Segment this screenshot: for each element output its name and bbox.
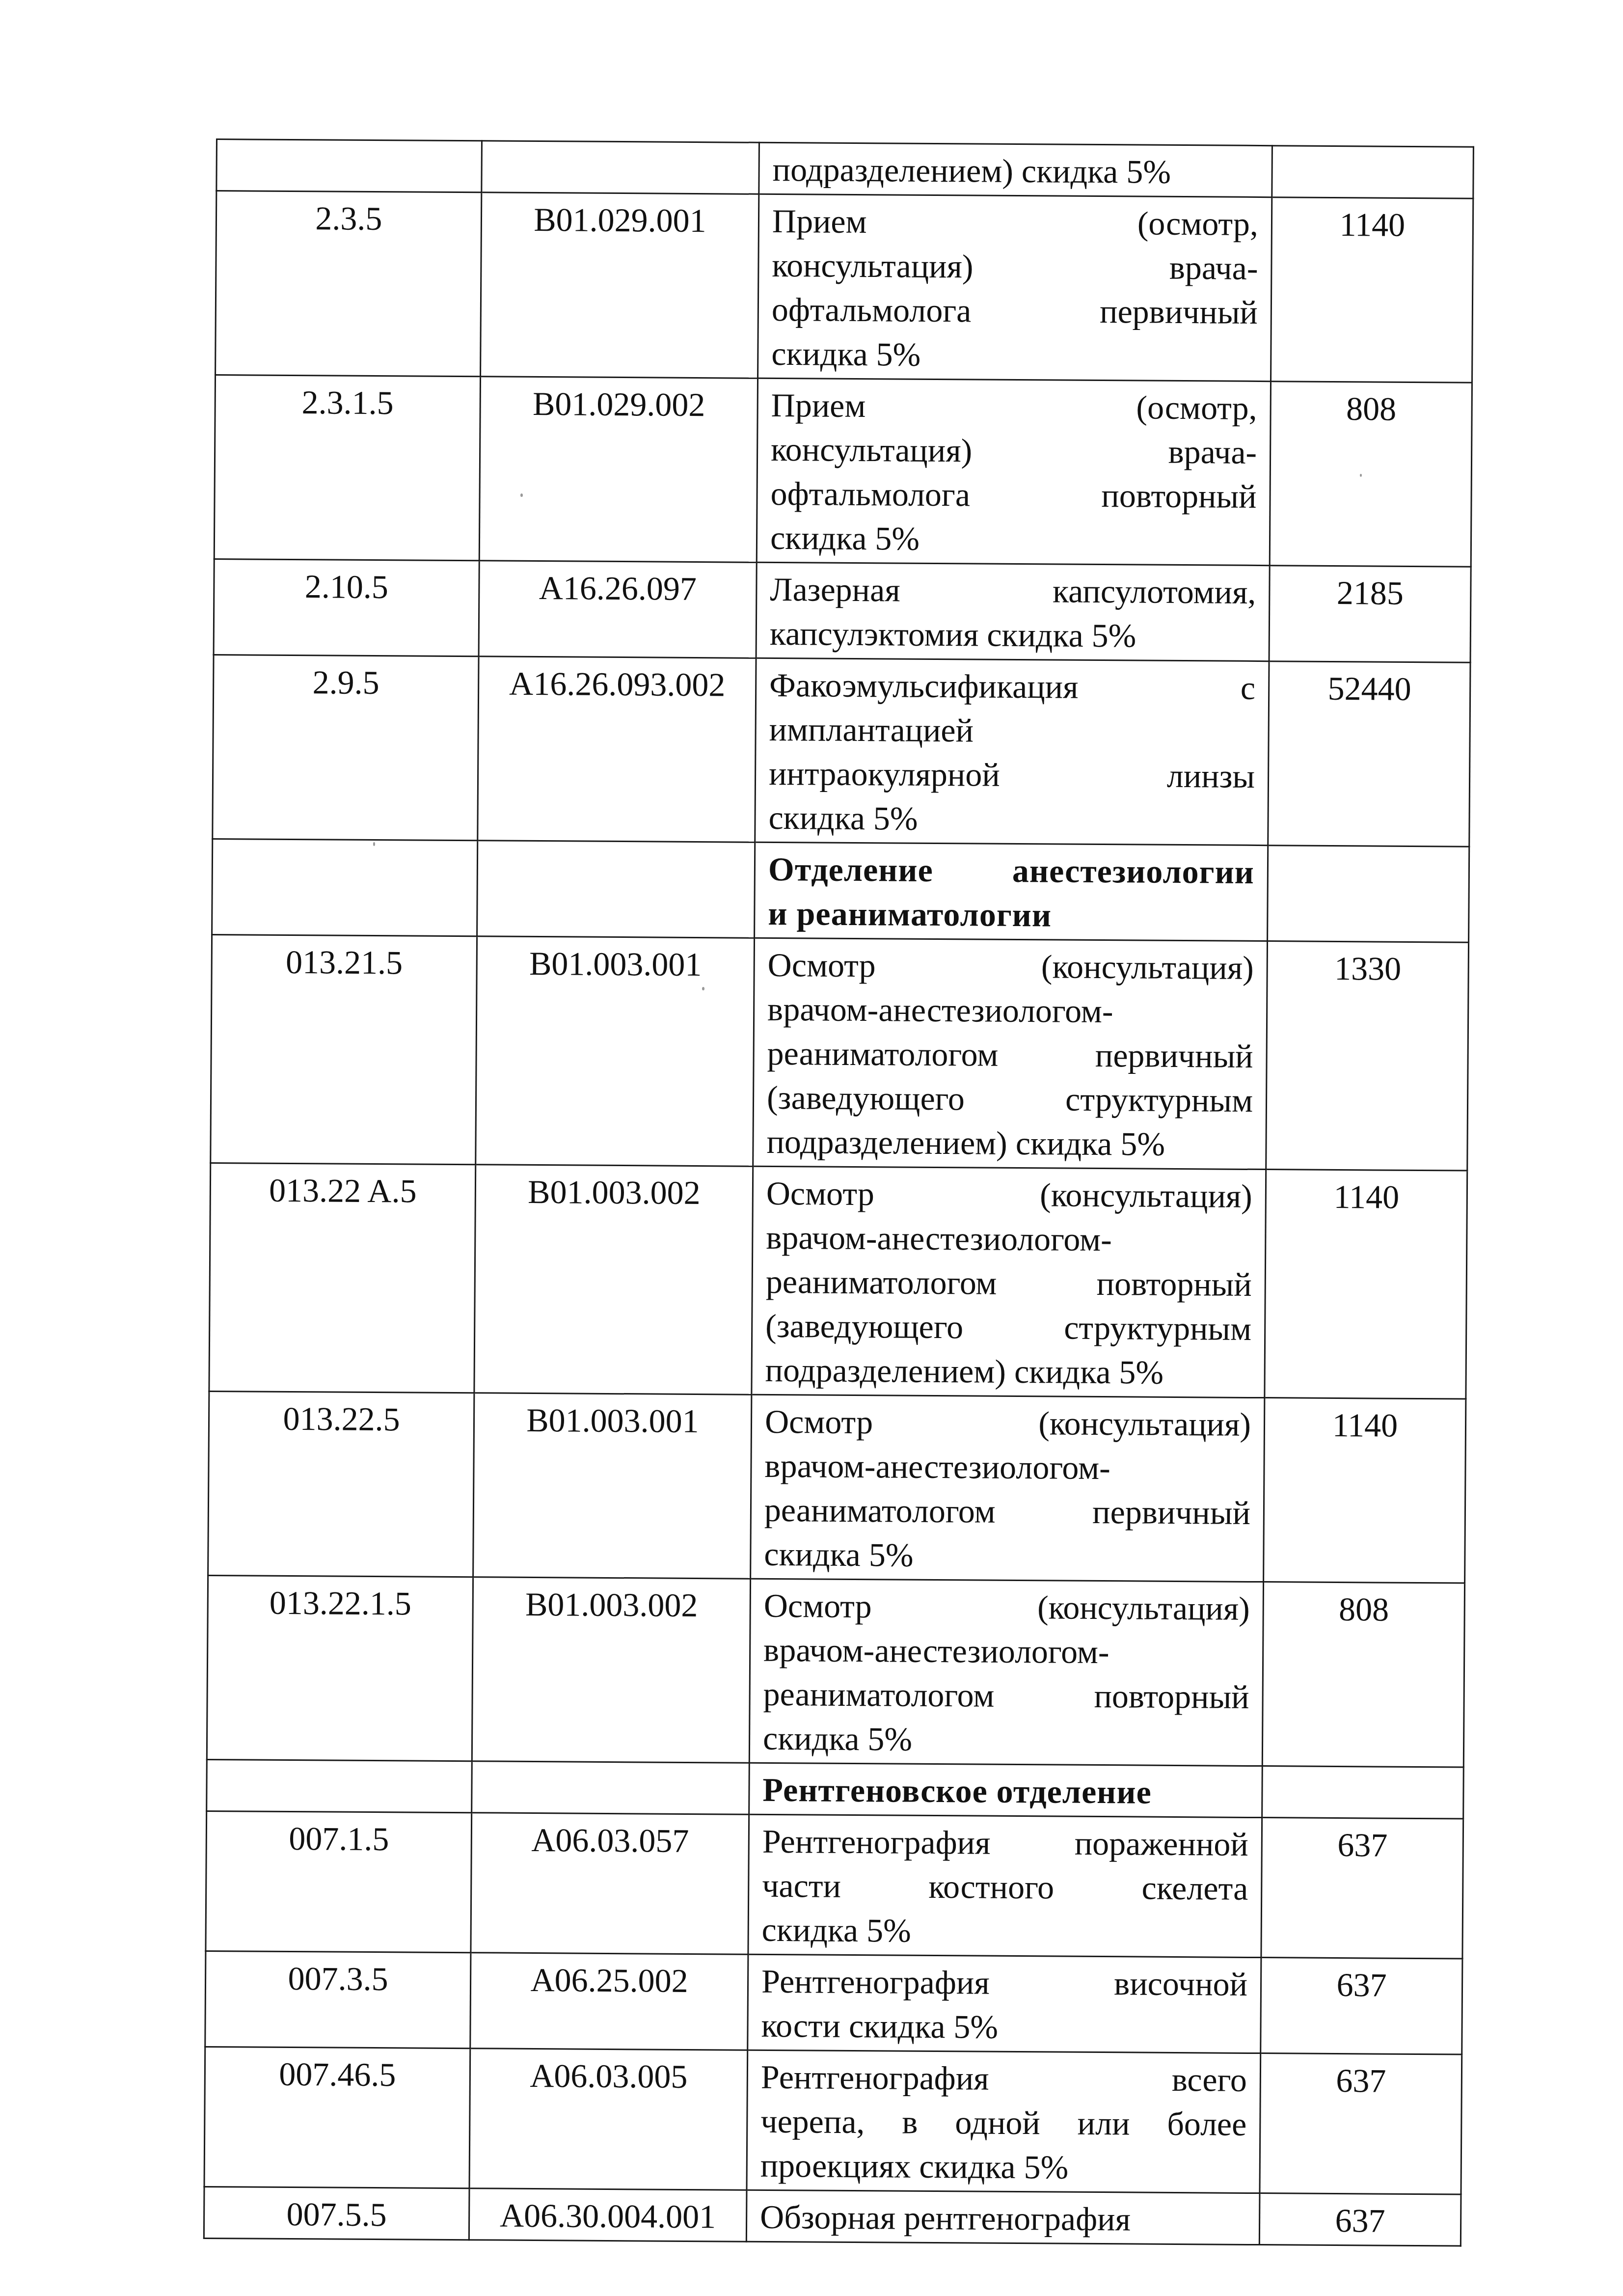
text-line: врачом-анестезиологом- bbox=[763, 1628, 1250, 1675]
section-title: Отделение анестезиологиии реаниматологии bbox=[755, 842, 1268, 941]
text-line: части костного скелета bbox=[762, 1863, 1248, 1911]
text-line: проекциях скидка 5% bbox=[760, 2143, 1247, 2190]
text-line: Рентгенография всего bbox=[761, 2055, 1247, 2102]
service-code-cell: B01.003.002 bbox=[472, 1577, 750, 1763]
service-code-cell: A06.03.057 bbox=[471, 1813, 749, 1954]
price-cell: 637 bbox=[1261, 1958, 1462, 2055]
service-code-cell: B01.029.002 bbox=[479, 377, 757, 562]
text-line: интраокулярной линзы bbox=[769, 751, 1255, 798]
table-row: 013.22.1.5B01.003.002Осмотр (консультаци… bbox=[207, 1575, 1464, 1767]
scan-speck bbox=[520, 493, 523, 497]
text-line: Рентгенография пораженной bbox=[762, 1819, 1249, 1866]
text-line: реаниматологом первичный bbox=[764, 1488, 1251, 1535]
text-line: черепа, в одной или более bbox=[760, 2099, 1247, 2146]
price-cell: 52440 bbox=[1268, 661, 1470, 847]
service-name-cell: Осмотр (консультация)врачом-анестезиолог… bbox=[752, 1166, 1266, 1397]
service-name-cell: Прием (осмотр,консультация) врача-офталь… bbox=[758, 194, 1272, 381]
service-code-cell: A16.26.097 bbox=[479, 561, 757, 658]
price-cell bbox=[1262, 1766, 1464, 1819]
table-row: 2.3.1.5B01.029.002Прием (осмотр,консульт… bbox=[214, 375, 1472, 567]
table-row: 013.22.5B01.003.001Осмотр (консультация)… bbox=[208, 1391, 1466, 1583]
code-cell: 007.1.5 bbox=[206, 1811, 472, 1952]
text-line: Прием (осмотр, bbox=[771, 383, 1257, 430]
service-name-cell: Осмотр (консультация)врачом-анестезиолог… bbox=[753, 938, 1268, 1169]
code-cell: 2.3.5 bbox=[216, 191, 482, 377]
service-name-cell: Рентгенография височнойкости скидка 5% bbox=[748, 1954, 1261, 2053]
price-cell bbox=[1268, 846, 1469, 943]
service-code-cell: B01.003.001 bbox=[476, 936, 755, 1166]
service-name-cell: Рентгенография пораженнойчасти костного … bbox=[748, 1814, 1262, 1957]
price-cell: 2185 bbox=[1269, 566, 1471, 663]
price-cell: 1330 bbox=[1266, 941, 1469, 1171]
code-cell: 007.46.5 bbox=[204, 2047, 470, 2188]
code-cell: 2.10.5 bbox=[214, 559, 479, 656]
text-line: Рентгенография височной bbox=[761, 1959, 1248, 2006]
price-cell: 637 bbox=[1259, 2193, 1461, 2246]
code-cell: 007.3.5 bbox=[205, 1951, 471, 2048]
code-cell: 013.21.5 bbox=[211, 934, 477, 1164]
price-table: подразделением) скидка 5%2.3.5B01.029.00… bbox=[203, 138, 1474, 2247]
service-name-cell: Осмотр (консультация)врачом-анестезиолог… bbox=[751, 1394, 1265, 1582]
service-name-cell: Осмотр (консультация)врачом-анестезиолог… bbox=[749, 1579, 1263, 1766]
table-row: 007.3.5A06.25.002Рентгенография височной… bbox=[205, 1951, 1462, 2054]
table-row: 2.10.5A16.26.097Лазерная капсулотомия,ка… bbox=[214, 559, 1471, 662]
text-line: Осмотр (консультация) bbox=[765, 1399, 1251, 1447]
text-line: Рентгеновское отделение bbox=[762, 1768, 1249, 1815]
text-line: скидка 5% bbox=[768, 795, 1255, 843]
text-line: консультация) врача- bbox=[771, 427, 1257, 474]
text-line: скидка 5% bbox=[763, 1716, 1249, 1763]
scan-speck bbox=[373, 842, 375, 846]
code-cell: 2.9.5 bbox=[213, 655, 479, 840]
service-name-cell: Прием (осмотр,консультация) врача-офталь… bbox=[757, 378, 1271, 565]
table-row: 2.3.5B01.029.001Прием (осмотр,консультац… bbox=[216, 191, 1473, 383]
service-name-cell: Обзорная рентгенография bbox=[746, 2190, 1260, 2244]
table-row: 013.22 A.5B01.003.002Осмотр (консультаци… bbox=[209, 1163, 1467, 1399]
text-line: и реаниматологии bbox=[768, 891, 1254, 938]
text-line: Прием (осмотр, bbox=[772, 199, 1259, 246]
service-code-cell: A16.26.093.002 bbox=[478, 656, 756, 842]
text-line: скидка 5% bbox=[764, 1532, 1250, 1579]
service-code-cell: B01.003.001 bbox=[473, 1393, 752, 1579]
text-line: подразделением) скидка 5% bbox=[772, 147, 1259, 194]
service-code-cell: B01.003.002 bbox=[474, 1165, 753, 1394]
price-cell: 1140 bbox=[1271, 197, 1473, 383]
text-line: подразделением) скидка 5% bbox=[765, 1348, 1251, 1395]
text-line: (заведующего структурным bbox=[765, 1304, 1252, 1351]
text-line: скидка 5% bbox=[770, 516, 1257, 563]
price-cell: 1140 bbox=[1264, 1398, 1466, 1583]
text-line: Отделение анестезиологии bbox=[768, 847, 1255, 894]
text-line: врачом-анестезиологом- bbox=[767, 987, 1254, 1034]
service-name-cell: Рентгенография всегочерепа, в одной или … bbox=[747, 2050, 1261, 2193]
scan-speck bbox=[1360, 474, 1362, 477]
scanned-page: подразделением) скидка 5%2.3.5B01.029.00… bbox=[0, 0, 1623, 2296]
table-row: 007.1.5A06.03.057Рентгенография пораженн… bbox=[206, 1811, 1463, 1959]
text-line: врачом-анестезиологом- bbox=[766, 1215, 1252, 1262]
service-code-cell: A06.25.002 bbox=[470, 1953, 748, 2050]
text-line: реаниматологом первичный bbox=[767, 1031, 1253, 1078]
text-line: офтальмолога повторный bbox=[770, 471, 1257, 519]
service-code-cell bbox=[472, 1761, 750, 1814]
service-code-cell bbox=[477, 841, 755, 938]
table-row: 2.9.5A16.26.093.002Факоэмульсификация си… bbox=[213, 655, 1470, 847]
code-cell bbox=[207, 1759, 472, 1812]
text-line: Осмотр (консультация) bbox=[766, 1171, 1253, 1218]
code-cell bbox=[212, 839, 478, 936]
price-table-body: подразделением) скидка 5%2.3.5B01.029.00… bbox=[204, 139, 1473, 2246]
code-cell: 013.22 A.5 bbox=[209, 1163, 476, 1393]
code-cell bbox=[216, 139, 482, 192]
code-cell: 013.22.5 bbox=[208, 1391, 474, 1577]
price-cell: 1140 bbox=[1265, 1170, 1467, 1399]
section-row: Отделение анестезиологиии реаниматологии bbox=[212, 839, 1469, 942]
text-line: кости скидка 5% bbox=[761, 2003, 1247, 2050]
text-line: капсулэктомия скидка 5% bbox=[770, 611, 1256, 658]
table-row: 007.46.5A06.03.005Рентгенография всегоче… bbox=[204, 2047, 1462, 2194]
service-name-cell: подразделением) скидка 5% bbox=[759, 142, 1272, 197]
text-line: имплантацией bbox=[769, 707, 1255, 754]
text-line: Осмотр (консультация) bbox=[763, 1584, 1250, 1631]
price-cell: 637 bbox=[1261, 1818, 1463, 1959]
section-title: Рентгеновское отделение bbox=[749, 1763, 1263, 1817]
service-code-cell: A06.03.005 bbox=[469, 2049, 748, 2190]
text-line: Факоэмульсификация с bbox=[769, 663, 1256, 710]
service-code-cell: A06.30.004.001 bbox=[469, 2188, 747, 2241]
scan-speck bbox=[702, 987, 704, 990]
service-name-cell: Факоэмульсификация симплантациейинтраоку… bbox=[755, 658, 1269, 845]
service-code-cell: B01.029.001 bbox=[481, 192, 759, 378]
code-cell: 007.5.5 bbox=[204, 2187, 469, 2240]
price-cell: 808 bbox=[1270, 382, 1472, 567]
table-row: 007.5.5A06.30.004.001Обзорная рентгеногр… bbox=[204, 2187, 1461, 2246]
text-line: скидка 5% bbox=[771, 331, 1258, 379]
text-line: врачом-анестезиологом- bbox=[764, 1444, 1251, 1491]
text-line: реаниматологом повторный bbox=[763, 1672, 1249, 1719]
text-line: офтальмолога первичный bbox=[772, 287, 1258, 334]
service-code-cell bbox=[482, 141, 759, 194]
service-name-cell: Лазерная капсулотомия,капсулэктомия скид… bbox=[756, 562, 1270, 661]
text-line: реаниматологом повторный bbox=[766, 1259, 1252, 1307]
price-cell bbox=[1272, 146, 1474, 199]
table-row: 013.21.5B01.003.001Осмотр (консультация)… bbox=[211, 934, 1469, 1171]
price-cell: 637 bbox=[1260, 2053, 1462, 2194]
code-cell: 2.3.1.5 bbox=[214, 375, 480, 561]
text-line: скидка 5% bbox=[761, 1908, 1248, 1955]
text-line: Обзорная рентгенография bbox=[760, 2195, 1246, 2242]
text-line: (заведующего структурным bbox=[767, 1075, 1253, 1122]
section-row: Рентгеновское отделение bbox=[207, 1759, 1464, 1819]
code-cell: 013.22.1.5 bbox=[207, 1575, 473, 1761]
text-line: консультация) врача- bbox=[772, 243, 1258, 290]
price-cell: 808 bbox=[1262, 1582, 1464, 1767]
text-line: подразделением) скидка 5% bbox=[766, 1120, 1253, 1167]
text-line: Осмотр (консультация) bbox=[767, 943, 1254, 990]
table-row: подразделением) скидка 5% bbox=[216, 139, 1474, 199]
text-line: Лазерная капсулотомия, bbox=[770, 567, 1256, 614]
